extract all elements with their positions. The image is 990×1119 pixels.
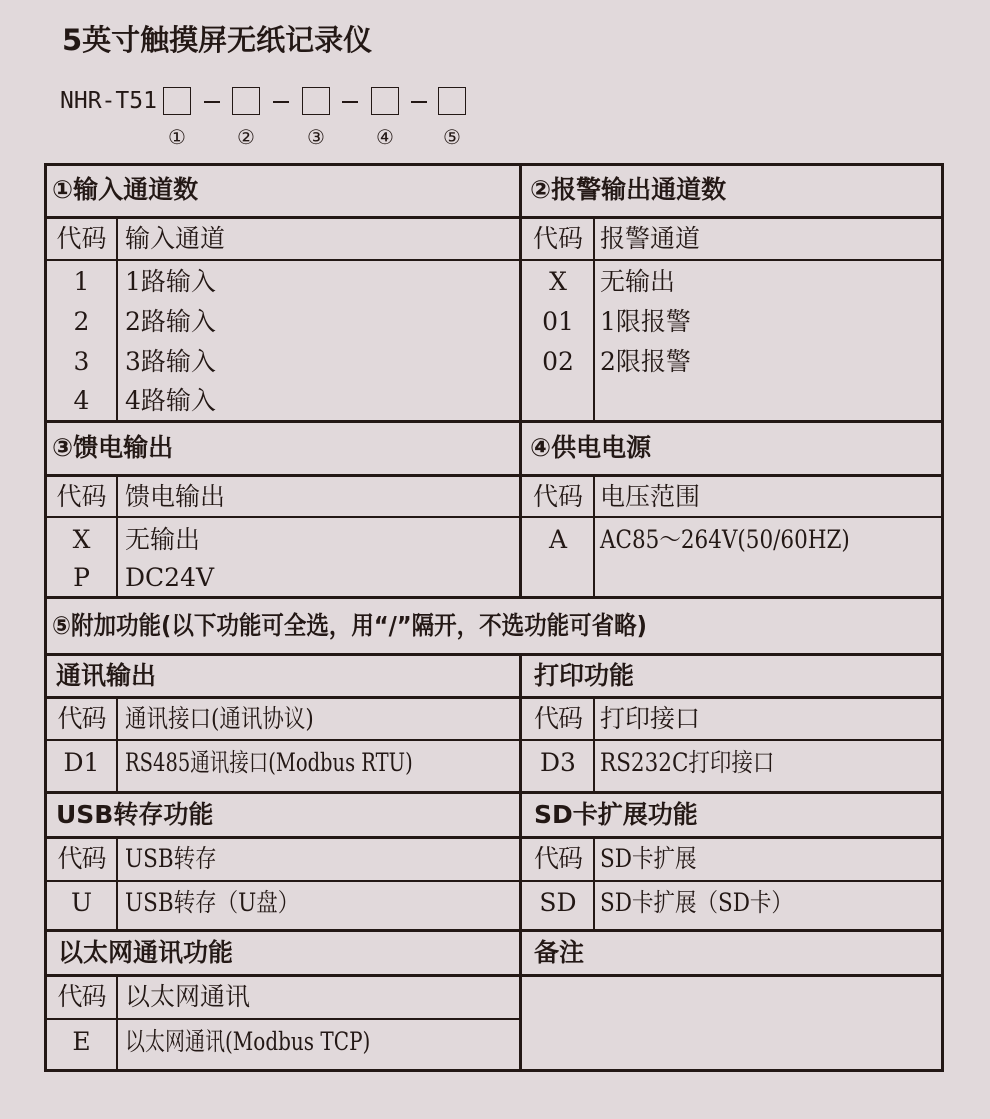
sd-card-row-code: SD [523, 883, 593, 923]
comm-output-row-code: D1 [47, 743, 116, 783]
remarks-content [530, 980, 935, 1066]
divider [116, 216, 118, 421]
model-slot-4-box [371, 87, 399, 115]
section-1-row-desc: 3路输入 [125, 342, 216, 382]
model-slot-1-label: ① [162, 124, 192, 150]
section-5-title: ⑤附加功能(以下功能可全选，用“/”隔开，不选功能可省略) [52, 606, 647, 646]
section-1-row-desc: 1路输入 [125, 262, 216, 302]
section-2-row-desc: 无输出 [600, 262, 675, 302]
print-function-desc-header: 打印接口 [600, 699, 700, 739]
divider [116, 474, 118, 597]
section-2-row-desc: 1限报警 [600, 302, 691, 342]
usb-storage-row-desc: USB转存（U盘） [125, 883, 299, 923]
model-slot-3-box [302, 87, 330, 115]
remarks-title: 备注 [534, 933, 584, 973]
print-function-title: 打印功能 [534, 656, 634, 696]
section-3-title: ③馈电输出 [52, 428, 173, 468]
page-title: 5英寸触摸屏无纸记录仪 [62, 22, 372, 58]
divider [116, 696, 118, 792]
model-slot-4-label: ④ [370, 124, 400, 150]
usb-storage-title: USB转存功能 [56, 795, 213, 835]
usb-storage-code-header: 代码 [47, 839, 116, 879]
section-3-code-header: 代码 [47, 477, 116, 517]
comm-output-code-header: 代码 [47, 699, 116, 739]
sd-card-desc-header: SD卡扩展 [600, 839, 696, 879]
sd-card-title: SD卡扩展功能 [534, 795, 698, 835]
section-3-desc-header: 馈电输出 [125, 477, 225, 517]
usb-storage-row-code: U [47, 883, 116, 923]
model-separator-dash [342, 101, 358, 103]
divider [593, 474, 595, 597]
section-4-code-header: 代码 [523, 477, 593, 517]
usb-storage-desc-header: USB转存 [125, 839, 217, 879]
model-slot-1-box [163, 87, 191, 115]
section-2-code-header: 代码 [523, 219, 593, 259]
section-4-desc-header: 电压范围 [600, 477, 700, 517]
ethernet-desc-header: 以太网通讯 [125, 977, 250, 1017]
ethernet-row-code: E [47, 1022, 116, 1062]
divider [593, 696, 595, 792]
section-4-row-code: A [523, 520, 593, 560]
section-1-desc-header: 输入通道 [125, 219, 225, 259]
comm-output-title: 通讯输出 [56, 656, 156, 696]
section-3-row-code: X [47, 520, 116, 560]
comm-output-desc-header: 通讯接口(通讯协议) [125, 699, 314, 739]
print-function-row-desc: RS232C打印接口 [600, 743, 774, 783]
divider [44, 929, 944, 932]
model-slot-3-label: ③ [301, 124, 331, 150]
section-1-row-desc: 2路输入 [125, 302, 216, 342]
section-1-title: ①输入通道数 [52, 170, 198, 210]
section-2-row-code: 01 [523, 302, 593, 342]
ethernet-code-header: 代码 [47, 977, 116, 1017]
divider [116, 836, 118, 930]
model-slot-2-label: ② [231, 124, 261, 150]
comm-output-row-desc: RS485通讯接口(Modbus RTU) [125, 743, 413, 783]
print-function-code-header: 代码 [523, 699, 593, 739]
model-slot-2-box [232, 87, 260, 115]
section-1-code-header: 代码 [47, 219, 116, 259]
divider [116, 974, 118, 1069]
model-separator-dash [204, 101, 220, 103]
divider [519, 653, 522, 1069]
section-2-row-code: 02 [523, 342, 593, 382]
section-1-row-code: 2 [47, 302, 116, 342]
section-3-row-desc: 无输出 [125, 520, 200, 560]
print-function-row-code: D3 [523, 743, 593, 783]
section-3-row-code: P [47, 558, 116, 598]
model-slot-5-label: ⑤ [437, 124, 467, 150]
model-slot-5-box [438, 87, 466, 115]
section-2-row-code: X [523, 262, 593, 302]
divider [44, 791, 944, 794]
sd-card-row-desc: SD卡扩展（SD卡） [600, 883, 793, 923]
divider [593, 836, 595, 930]
section-1-row-code: 3 [47, 342, 116, 382]
divider [44, 653, 944, 656]
ethernet-title: 以太网通讯功能 [58, 933, 233, 973]
section-4-row-desc: AC85～264V(50/60HZ) [600, 520, 850, 560]
model-prefix: NHR-T51 [60, 86, 157, 116]
model-separator-dash [273, 101, 289, 103]
section-3-row-desc: DC24V [125, 558, 214, 598]
section-1-row-code: 4 [47, 381, 116, 421]
section-1-row-desc: 4路输入 [125, 381, 216, 421]
divider [44, 880, 944, 882]
sd-card-code-header: 代码 [523, 839, 593, 879]
divider [44, 259, 944, 261]
model-separator-dash [411, 101, 427, 103]
divider [593, 216, 595, 421]
section-4-title: ④供电电源 [530, 428, 651, 468]
section-2-row-desc: 2限报警 [600, 342, 691, 382]
ethernet-row-desc: 以太网通讯(Modbus TCP) [125, 1022, 370, 1062]
section-1-row-code: 1 [47, 262, 116, 302]
divider [519, 163, 522, 598]
section-2-title: ②报警输出通道数 [530, 170, 726, 210]
section-2-desc-header: 报警通道 [600, 219, 700, 259]
divider [44, 739, 944, 741]
